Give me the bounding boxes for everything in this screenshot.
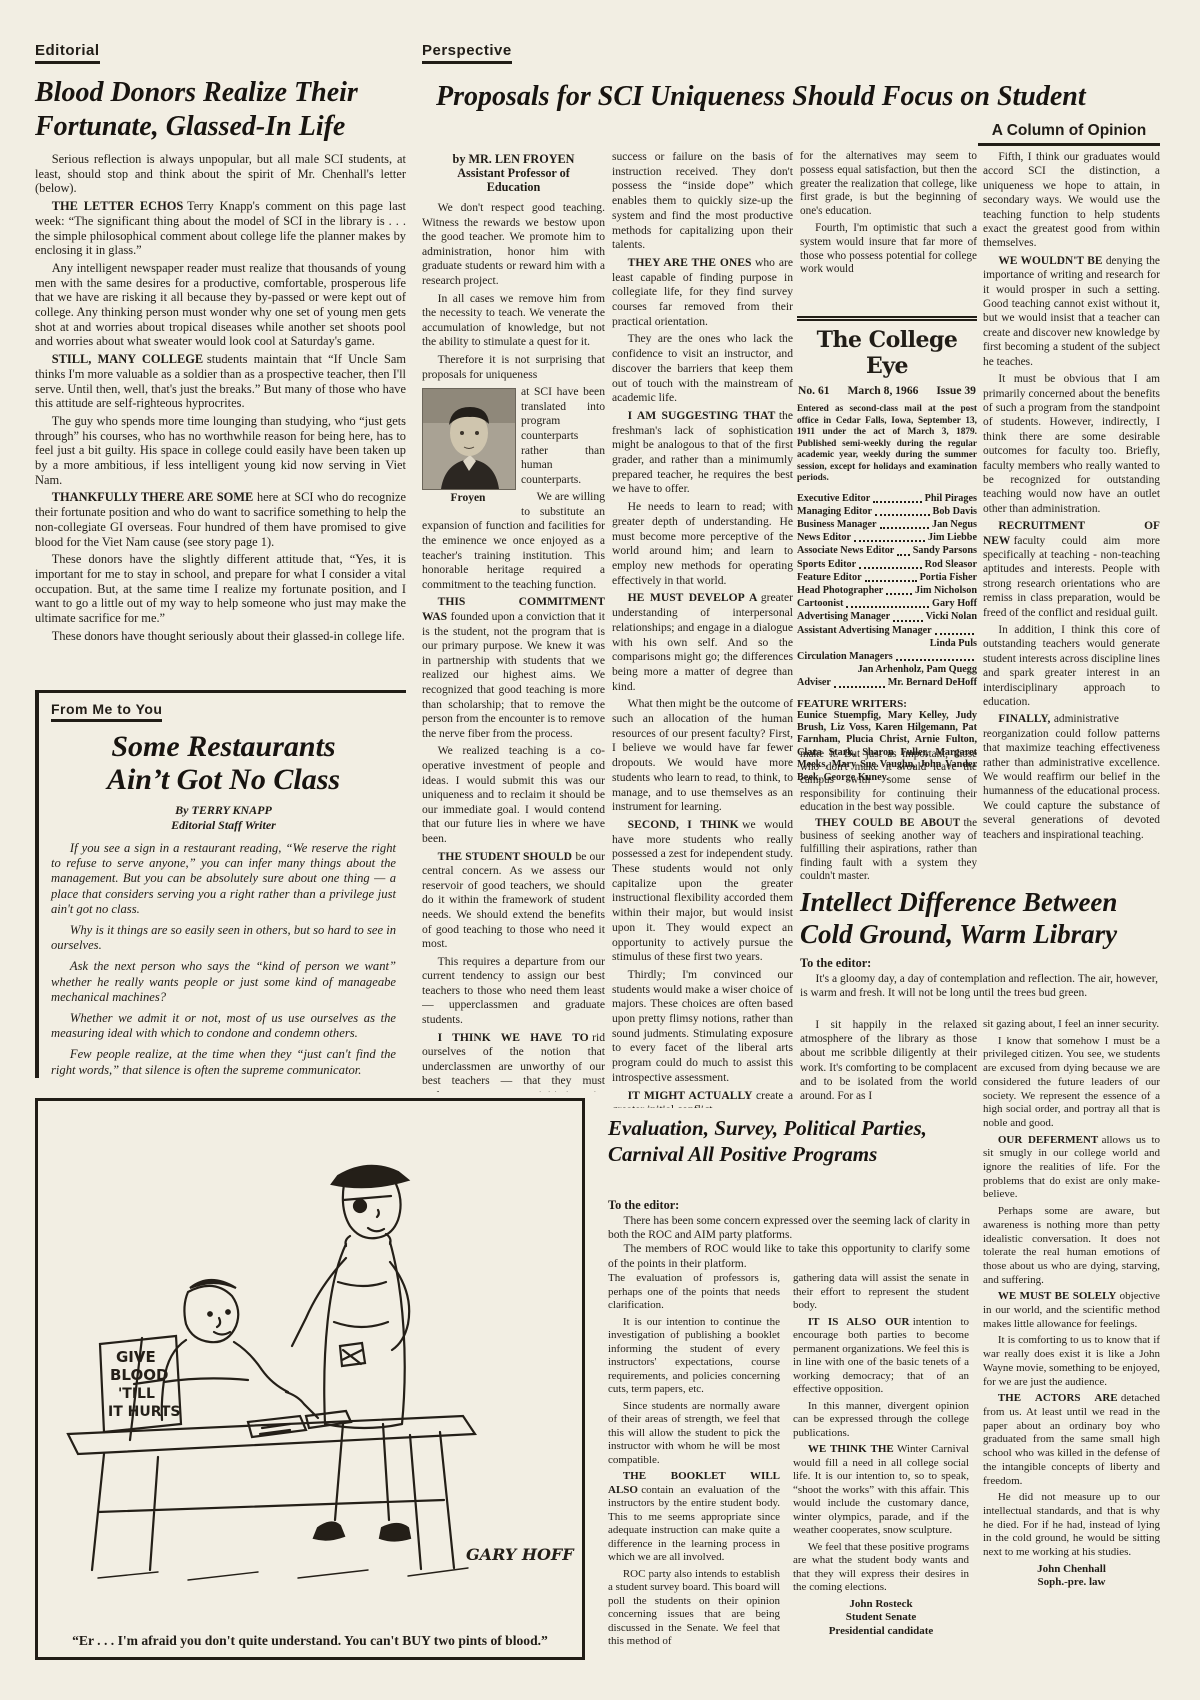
roc-letter-headline: Evaluation, Survey, Political Parties, C… [608,1115,978,1167]
froyen-column-3: success or failure on the basis of instr… [612,150,793,1108]
perspective-kicker: Perspective [422,42,512,64]
dot-leader [875,505,930,516]
paragraph: This requires a departure from our curre… [422,955,605,1028]
library-letter-left-column: I sit happily in the relaxed atmosphere … [800,1018,977,1114]
staff-row: Head PhotographerJim Nicholson [797,584,977,597]
cartoonist-signature: GARY HOFF [466,1545,575,1564]
svg-text:GIVE: GIVE [116,1348,156,1366]
svg-text:BLOOD: BLOOD [110,1366,168,1384]
paragraph: Fourth, I'm optimistic that such a syste… [800,222,977,277]
editorial-headline: Blood Donors Realize Their Fortunate, Gl… [35,76,406,144]
roc-letter-right-paragraphs: gathering data will assist the senate in… [793,1272,969,1595]
paragraph: HE MUST DEVELOP Agreater understanding o… [612,591,793,694]
staff-row: Feature EditorPortia Fisher [797,571,977,584]
staff-row: Circulation ManagersJan Arhenholz, Pam Q… [797,650,977,676]
paragraph: I THINK WE HAVE TOrid ourselves of the n… [422,1031,605,1092]
paragraph: We feel that these positive programs are… [793,1541,969,1595]
dot-leader [880,518,929,529]
roc-letter-intro: There has been some concern expressed ov… [608,1214,970,1271]
dot-leader [846,597,929,608]
from-me-to-you-kicker: From Me to You [51,701,162,722]
dot-leader [935,624,974,635]
paragraph: In all cases we remove him from the nece… [422,292,605,350]
paragraph: In this manner, divergent opinion can be… [793,1400,969,1441]
paragraph: The guy who spends more time lounging th… [35,414,406,488]
editorial-kicker: Editorial [35,42,100,64]
paragraph: THE LETTER ECHOSTerry Knapp's comment on… [35,199,406,258]
dot-leader [886,584,912,595]
paragraph: Thirdly; I'm convinced our students woul… [612,968,793,1086]
roc-letter-left-column: The evaluation of professors is, perhaps… [608,1272,780,1652]
froyen-photo-caption: Froyen [422,491,514,506]
library-letter-headline: Intellect Difference Between Cold Ground… [800,886,1162,950]
cartoon-caption: “Er . . . I'm afraid you don't quite und… [38,1631,582,1657]
paragraph: Since students are normally aware of the… [608,1400,780,1468]
paragraph: for the alternatives may seem to possess… [800,150,977,219]
froyen-column-4-top: for the alternatives may seem to possess… [800,150,977,316]
paragraph: I know that somehow I must be a privileg… [983,1035,1160,1131]
dot-leader [865,571,917,582]
paragraph: gathering data will assist the senate in… [793,1272,969,1313]
paragraph: THE STUDENT SHOULDbe our central concern… [422,850,605,952]
froyen-intro: We don't respect good teaching. Witness … [422,201,605,382]
staff-row: AdviserMr. Bernard DeHoff [797,676,977,689]
froyen-byline: by MR. LEN FROYEN Assistant Professor of… [422,152,605,194]
dot-leader [873,492,921,503]
dot-leader [854,531,925,542]
editorial-cartoon-box: GIVE BLOOD 'TILL IT HURTS GARY HOFF “Er … [35,1098,585,1660]
paragraph: Fifth, I think our graduates would accor… [983,150,1160,251]
staff-row: CartoonistGary Hoff [797,597,977,610]
paragraph: In addition, I think this core of outsta… [983,623,1160,709]
issue-line: No. 61 March 8, 1966 Issue 39 [798,384,976,397]
staff-row: Managing EditorBob Davis [797,505,977,518]
paragraph: They are the ones who lack the confidenc… [612,332,793,406]
paragraph: WE WOULDN'T BEdenying the importance of … [983,254,1160,369]
paragraph: IT MIGHT ACTUALLYcreate a greater initia… [612,1089,793,1108]
library-letter-salutation: To the editor: [800,956,871,971]
paragraph: Therefore it is not surprising that prop… [422,353,605,382]
paragraph: WE MUST BE SOLELYobjective in our world,… [983,1290,1160,1331]
roc-letter-right-column: gathering data will assist the senate in… [793,1272,969,1660]
paragraph: If you see a sign in a restaurant readin… [51,841,396,917]
paragraph: THANKFULLY THERE ARE SOMEhere at SCI who… [35,490,406,549]
paragraph: ROC party also intends to establish a st… [608,1568,780,1649]
issue-label: Issue 39 [936,384,976,397]
restaurants-body: If you see a sign in a restaurant readin… [51,841,396,1078]
staff-row: Assistant Advertising ManagerLinda Puls [797,624,977,650]
froyen-continued: THIS COMMITMENT WASfounded upon a convic… [422,595,605,1092]
paragraph: sit gazing about, I feel an inner securi… [983,1018,1160,1032]
dot-leader [834,676,885,687]
paragraph: THE BOOKLET WILL ALSOcontain an evaluati… [608,1470,780,1565]
dot-leader [896,650,974,661]
paragraph: I sit happily in the relaxed atmosphere … [800,1018,977,1103]
froyen-column: by MR. LEN FROYEN Assistant Professor of… [422,152,605,1092]
roc-letter-salutation: To the editor: [608,1198,679,1213]
library-letter-signature: John Chenhall Soph.-pre. law [983,1563,1160,1590]
dot-leader [859,558,921,569]
froyen-column-4-bottom: make it. But just as important, those wh… [800,748,977,884]
editorial-cartoon: GIVE BLOOD 'TILL IT HURTS GARY HOFF [38,1101,582,1631]
paragraph: Perhaps some are aware, but awareness is… [983,1205,1160,1287]
staff-row: News EditorJim Liebbe [797,531,977,544]
paragraph: I AM SUGGESTING THATthe freshman's lack … [612,409,793,497]
staff-row: Sports EditorRod Sleasor [797,558,977,571]
paragraph: THEY COULD BE ABOUTthe business of seeki… [800,817,977,883]
editorial-body: Serious reflection is always unpopular, … [35,152,406,686]
perspective-headline: Proposals for SCI Uniqueness Should Focu… [436,80,1160,113]
library-letter-right-column: sit gazing about, I feel an inner securi… [983,1018,1160,1660]
paragraph: Ask the next person who says the “kind o… [51,959,396,1005]
paragraph: He needs to learn to read; with greater … [612,500,793,588]
paragraph: IT IS ALSO OURintention to encourage bot… [793,1316,969,1397]
paragraph: These donors have the slightly different… [35,552,406,626]
paragraph: SECOND, I THINKwe would have more studen… [612,818,793,965]
paragraph: He did not measure up to our intellectua… [983,1491,1160,1560]
paragraph: It must be obvious that I am primarily c… [983,372,1160,516]
froyen-column-5: Fifth, I think our graduates would accor… [983,150,1160,862]
staff-row: Advertising ManagerVicki Nolan [797,610,977,623]
paragraph: Any intelligent newspaper reader must re… [35,261,406,349]
paragraph: STILL, MANY COLLEGEstudents maintain tha… [35,352,406,411]
paragraph: RECRUITMENT OF NEWfaculty could aim more… [983,519,1160,620]
staff-row: Associate News EditorSandy Parsons [797,544,977,557]
paragraph: Serious reflection is always unpopular, … [35,152,406,196]
svg-text:'TILL: 'TILL [118,1386,155,1402]
restaurants-byline: By TERRY KNAPP Editorial Staff Writer [51,803,396,833]
paragraph: There has been some concern expressed ov… [608,1214,970,1242]
froyen-photo: Froyen [422,388,514,506]
paragraph: What then might be the outcome of such a… [612,697,793,815]
dot-leader [893,610,922,621]
newspaper-nameplate: The College Eye [797,327,977,379]
paragraph: THEY ARE THE ONESwho are least capable o… [612,256,793,330]
froyen-portrait-image [422,388,516,490]
issue-date: March 8, 1966 [847,384,918,397]
paragraph: WE THINK THEWinter Carnival would fill a… [793,1443,969,1538]
library-letter-right-paragraphs: sit gazing about, I feel an inner securi… [983,1018,1160,1560]
paragraph: Why is it things are so easily seen in o… [51,923,396,953]
newspaper-page: Editorial Blood Donors Realize Their For… [0,0,1200,1700]
masthead-box: The College Eye No. 61 March 8, 1966 Iss… [797,316,977,784]
restaurants-headline: Some Restaurants Ain’t Got No Class [51,730,396,796]
staff-list: Executive EditorPhil PiragesManaging Edi… [797,492,977,690]
paragraph: success or failure on the basis of instr… [612,150,793,253]
roc-letter-signature: John Rosteck Student Senate Presidential… [793,1598,969,1639]
paragraph: make it. But just as important, those wh… [800,748,977,814]
staff-row: Executive EditorPhil Pirages [797,492,977,505]
paragraph: OUR DEFERMENTallows us to sit smugly in … [983,1134,1160,1203]
paragraph: Few people realize, at the time when the… [51,1047,396,1077]
paragraph: FINALLY,administrative reorganization co… [983,712,1160,842]
issue-number: No. 61 [798,384,830,397]
column-of-opinion-label: A Column of Opinion [978,122,1160,146]
staff-row: Business ManagerJan Negus [797,518,977,531]
from-me-to-you-box: From Me to You Some Restaurants Ain’t Go… [35,690,406,1078]
paragraph: These donors have thought seriously abou… [35,629,406,644]
paragraph: We realized teaching is a co-operative i… [422,744,605,846]
library-letter-intro: It's a gloomy day, a day of contemplatio… [800,972,1158,1000]
feature-writers-label: FEATURE WRITERS: [797,698,977,710]
paragraph: The evaluation of professors is, perhaps… [608,1272,780,1313]
paragraph: We don't respect good teaching. Witness … [422,201,605,289]
paragraph: THIS COMMITMENT WASfounded upon a convic… [422,595,605,741]
svg-text:IT HURTS: IT HURTS [108,1404,181,1420]
paragraph: It's a gloomy day, a day of contemplatio… [800,972,1158,1000]
paragraph: The members of ROC would like to take th… [608,1242,970,1270]
dot-leader [897,544,909,555]
paragraph: It is comforting to us to know that if w… [983,1334,1160,1389]
paragraph: It is our intention to continue the inve… [608,1316,780,1397]
paragraph: THE ACTORS AREdetached from us. At least… [983,1392,1160,1488]
paragraph: Whether we admit it or not, most of us u… [51,1011,396,1041]
postal-notice: Entered as second-class mail at the post… [797,404,977,485]
